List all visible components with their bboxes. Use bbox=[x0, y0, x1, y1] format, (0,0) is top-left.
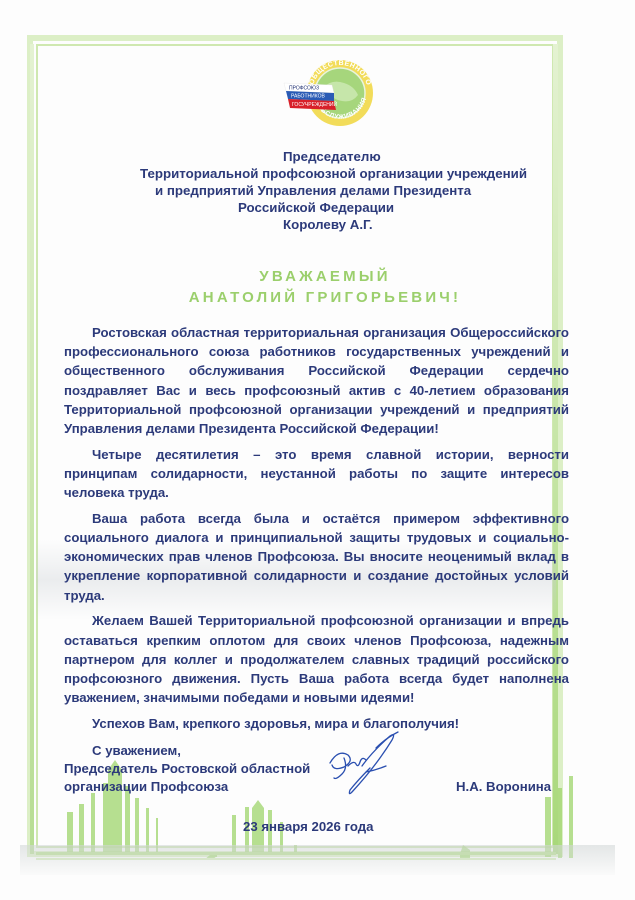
union-logo: ОБЩЕСТВЕННОГО ОБСЛУЖИВАНИЯ ПРОФСОЮЗ РАБО… bbox=[272, 55, 382, 135]
addressee-block: Председателю Территориальной профсоюзной… bbox=[80, 148, 560, 233]
addressee-line: Председателю bbox=[80, 148, 560, 165]
letter-body: Ростовская областная территориальная орг… bbox=[64, 323, 569, 740]
svg-text:ПРОФСОЮЗ: ПРОФСОЮЗ bbox=[289, 86, 319, 92]
body-paragraph: Четыре десятилетия – это время славной и… bbox=[64, 445, 569, 503]
addressee-line: Территориальной профсоюзной организации … bbox=[80, 165, 560, 182]
frame-left-stripe bbox=[30, 44, 34, 854]
signer-title-line-1: Председатель Ростовской областной bbox=[64, 760, 310, 778]
addressee-line: и предприятий Управления делами Президен… bbox=[80, 182, 560, 199]
svg-text:РАБОТНИКОВ: РАБОТНИКОВ bbox=[291, 94, 325, 100]
body-paragraph: Ростовская областная территориальная орг… bbox=[64, 323, 569, 438]
addressee-line: Королеву А.Г. bbox=[80, 216, 560, 233]
body-paragraph: Ваша работа всегда была и остаётся приме… bbox=[64, 509, 569, 605]
signer-name: Н.А. Воронина bbox=[456, 778, 551, 796]
closing-phrase: С уважением, bbox=[92, 742, 181, 760]
svg-text:ГОСУЧРЕЖДЕНИЙ: ГОСУЧРЕЖДЕНИЙ bbox=[292, 100, 337, 108]
salutation: УВАЖАЕМЫЙ АНАТОЛИЙ ГРИГОРЬЕВИЧ! bbox=[130, 266, 520, 308]
body-paragraph: Успехов Вам, крепкого здоровья, мира и б… bbox=[64, 714, 569, 733]
signer-title-line-2: организации Профсоюза bbox=[64, 778, 228, 796]
addressee-line: Российской Федерации bbox=[80, 199, 560, 216]
body-paragraph: Желаем Вашей Территориальной профсоюзной… bbox=[64, 611, 569, 707]
scan-bottom-shadow bbox=[20, 845, 615, 875]
salutation-line-1: УВАЖАЕМЫЙ bbox=[130, 266, 520, 287]
letter-date: 23 января 2026 года bbox=[243, 818, 373, 836]
handwritten-signature bbox=[318, 728, 418, 803]
salutation-line-2: АНАТОЛИЙ ГРИГОРЬЕВИЧ! bbox=[130, 287, 520, 308]
